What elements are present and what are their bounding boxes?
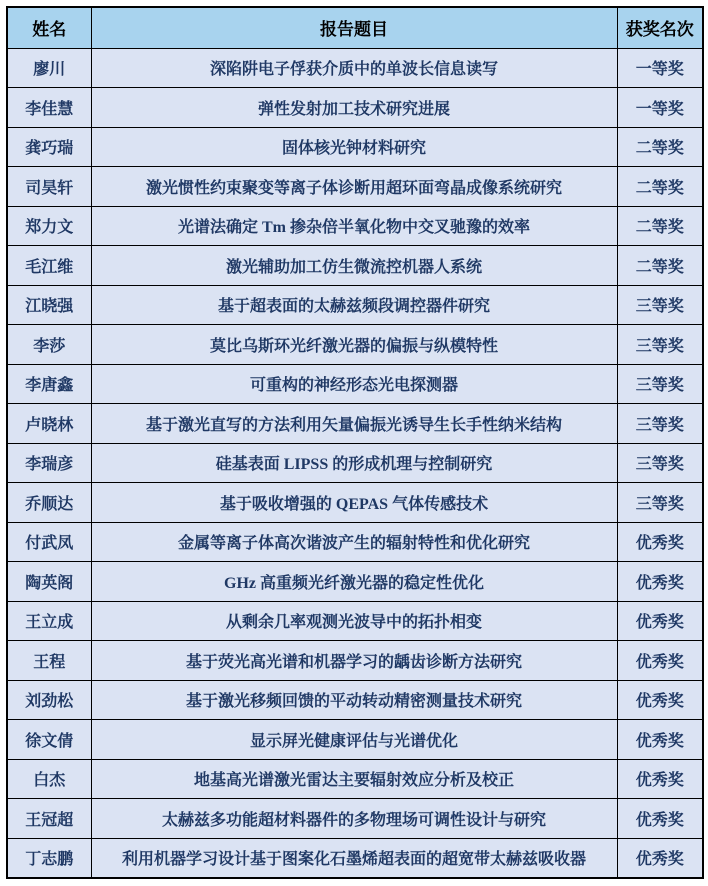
student-name: 郑力文 — [7, 206, 91, 246]
table-body: 廖川 深陷阱电子俘获介质中的单波长信息读写 一等奖 李佳慧 弹性发射加工技术研究… — [7, 48, 703, 878]
report-title: 地基高光谱激光雷达主要辐射效应分析及校正 — [91, 759, 617, 799]
award-rank: 优秀奖 — [617, 601, 703, 641]
report-title: 基于超表面的太赫兹频段调控器件研究 — [91, 285, 617, 325]
table-row: 李佳慧 弹性发射加工技术研究进展 一等奖 — [7, 88, 703, 128]
report-title: 弹性发射加工技术研究进展 — [91, 88, 617, 128]
table-row: 徐文倩 显示屏光健康评估与光谱优化 优秀奖 — [7, 720, 703, 760]
header-name: 姓名 — [7, 7, 91, 48]
student-name: 王立成 — [7, 601, 91, 641]
report-title: 固体核光钟材料研究 — [91, 127, 617, 167]
award-rank: 三等奖 — [617, 325, 703, 365]
student-name: 龚巧瑞 — [7, 127, 91, 167]
student-name: 卢晓林 — [7, 404, 91, 444]
student-name: 李佳慧 — [7, 88, 91, 128]
report-title: 莫比乌斯环光纤激光器的偏振与纵模特性 — [91, 325, 617, 365]
report-title: 硅基表面 LIPSS 的形成机理与控制研究 — [91, 443, 617, 483]
report-title: 基于激光移频回馈的平动转动精密测量技术研究 — [91, 680, 617, 720]
table-row: 李莎 莫比乌斯环光纤激光器的偏振与纵模特性 三等奖 — [7, 325, 703, 365]
report-title: 基于激光直写的方法利用矢量偏振光诱导生长手性纳米结构 — [91, 404, 617, 444]
student-name: 司昊轩 — [7, 167, 91, 207]
student-name: 李唐鑫 — [7, 364, 91, 404]
table-row: 刘劲松 基于激光移频回馈的平动转动精密测量技术研究 优秀奖 — [7, 680, 703, 720]
award-rank: 二等奖 — [617, 206, 703, 246]
award-rank: 三等奖 — [617, 285, 703, 325]
table-row: 陶英阁 GHz 高重频光纤激光器的稳定性优化 优秀奖 — [7, 562, 703, 602]
table-row: 江晓强 基于超表面的太赫兹频段调控器件研究 三等奖 — [7, 285, 703, 325]
award-rank: 一等奖 — [617, 48, 703, 88]
table-row: 毛江维 激光辅助加工仿生微流控机器人系统 二等奖 — [7, 246, 703, 286]
table-row: 付武凤 金属等离子体高次谐波产生的辐射特性和优化研究 优秀奖 — [7, 522, 703, 562]
header-title: 报告题目 — [91, 7, 617, 48]
student-name: 王冠超 — [7, 799, 91, 839]
student-name: 乔顺达 — [7, 483, 91, 523]
header-row: 姓名 报告题目 获奖名次 — [7, 7, 703, 48]
award-rank: 优秀奖 — [617, 522, 703, 562]
table-row: 王冠超 太赫兹多功能超材料器件的多物理场可调性设计与研究 优秀奖 — [7, 799, 703, 839]
student-name: 李莎 — [7, 325, 91, 365]
award-rank: 三等奖 — [617, 364, 703, 404]
table-row: 卢晓林 基于激光直写的方法利用矢量偏振光诱导生长手性纳米结构 三等奖 — [7, 404, 703, 444]
report-title: 金属等离子体高次谐波产生的辐射特性和优化研究 — [91, 522, 617, 562]
report-title: 可重构的神经形态光电探测器 — [91, 364, 617, 404]
table-row: 丁志鹏 利用机器学习设计基于图案化石墨烯超表面的超宽带太赫兹吸收器 优秀奖 — [7, 838, 703, 878]
report-title: 激光辅助加工仿生微流控机器人系统 — [91, 246, 617, 286]
student-name: 王程 — [7, 641, 91, 681]
report-title: 激光惯性约束聚变等离子体诊断用超环面弯晶成像系统研究 — [91, 167, 617, 207]
table-row: 王立成 从剩余几率观测光波导中的拓扑相变 优秀奖 — [7, 601, 703, 641]
student-name: 丁志鹏 — [7, 838, 91, 878]
student-name: 陶英阁 — [7, 562, 91, 602]
student-name: 付武凤 — [7, 522, 91, 562]
award-rank: 优秀奖 — [617, 759, 703, 799]
report-title: 显示屏光健康评估与光谱优化 — [91, 720, 617, 760]
award-rank: 优秀奖 — [617, 680, 703, 720]
report-title: 从剩余几率观测光波导中的拓扑相变 — [91, 601, 617, 641]
award-rank: 优秀奖 — [617, 799, 703, 839]
report-title: 光谱法确定 Tm 掺杂倍半氧化物中交叉驰豫的效率 — [91, 206, 617, 246]
report-title: 基于荧光高光谱和机器学习的龋齿诊断方法研究 — [91, 641, 617, 681]
award-rank: 三等奖 — [617, 483, 703, 523]
table-row: 李瑞彦 硅基表面 LIPSS 的形成机理与控制研究 三等奖 — [7, 443, 703, 483]
award-rank: 优秀奖 — [617, 838, 703, 878]
header-award: 获奖名次 — [617, 7, 703, 48]
table-row: 龚巧瑞 固体核光钟材料研究 二等奖 — [7, 127, 703, 167]
report-title: 深陷阱电子俘获介质中的单波长信息读写 — [91, 48, 617, 88]
table-row: 郑力文 光谱法确定 Tm 掺杂倍半氧化物中交叉驰豫的效率 二等奖 — [7, 206, 703, 246]
student-name: 李瑞彦 — [7, 443, 91, 483]
award-rank: 二等奖 — [617, 167, 703, 207]
table-row: 白杰 地基高光谱激光雷达主要辐射效应分析及校正 优秀奖 — [7, 759, 703, 799]
table-row: 王程 基于荧光高光谱和机器学习的龋齿诊断方法研究 优秀奖 — [7, 641, 703, 681]
student-name: 刘劲松 — [7, 680, 91, 720]
award-rank: 二等奖 — [617, 127, 703, 167]
student-name: 毛江维 — [7, 246, 91, 286]
award-rank: 一等奖 — [617, 88, 703, 128]
report-title: 基于吸收增强的 QEPAS 气体传感技术 — [91, 483, 617, 523]
student-name: 江晓强 — [7, 285, 91, 325]
award-table: 姓名 报告题目 获奖名次 廖川 深陷阱电子俘获介质中的单波长信息读写 一等奖 李… — [6, 6, 704, 879]
report-title: GHz 高重频光纤激光器的稳定性优化 — [91, 562, 617, 602]
award-rank: 三等奖 — [617, 404, 703, 444]
award-rank: 三等奖 — [617, 443, 703, 483]
document-page: 姓名 报告题目 获奖名次 廖川 深陷阱电子俘获介质中的单波长信息读写 一等奖 李… — [0, 0, 708, 886]
student-name: 廖川 — [7, 48, 91, 88]
award-rank: 二等奖 — [617, 246, 703, 286]
report-title: 利用机器学习设计基于图案化石墨烯超表面的超宽带太赫兹吸收器 — [91, 838, 617, 878]
table-row: 廖川 深陷阱电子俘获介质中的单波长信息读写 一等奖 — [7, 48, 703, 88]
table-row: 李唐鑫 可重构的神经形态光电探测器 三等奖 — [7, 364, 703, 404]
student-name: 徐文倩 — [7, 720, 91, 760]
report-title: 太赫兹多功能超材料器件的多物理场可调性设计与研究 — [91, 799, 617, 839]
table-row: 司昊轩 激光惯性约束聚变等离子体诊断用超环面弯晶成像系统研究 二等奖 — [7, 167, 703, 207]
table-row: 乔顺达 基于吸收增强的 QEPAS 气体传感技术 三等奖 — [7, 483, 703, 523]
student-name: 白杰 — [7, 759, 91, 799]
award-rank: 优秀奖 — [617, 562, 703, 602]
award-rank: 优秀奖 — [617, 641, 703, 681]
award-rank: 优秀奖 — [617, 720, 703, 760]
